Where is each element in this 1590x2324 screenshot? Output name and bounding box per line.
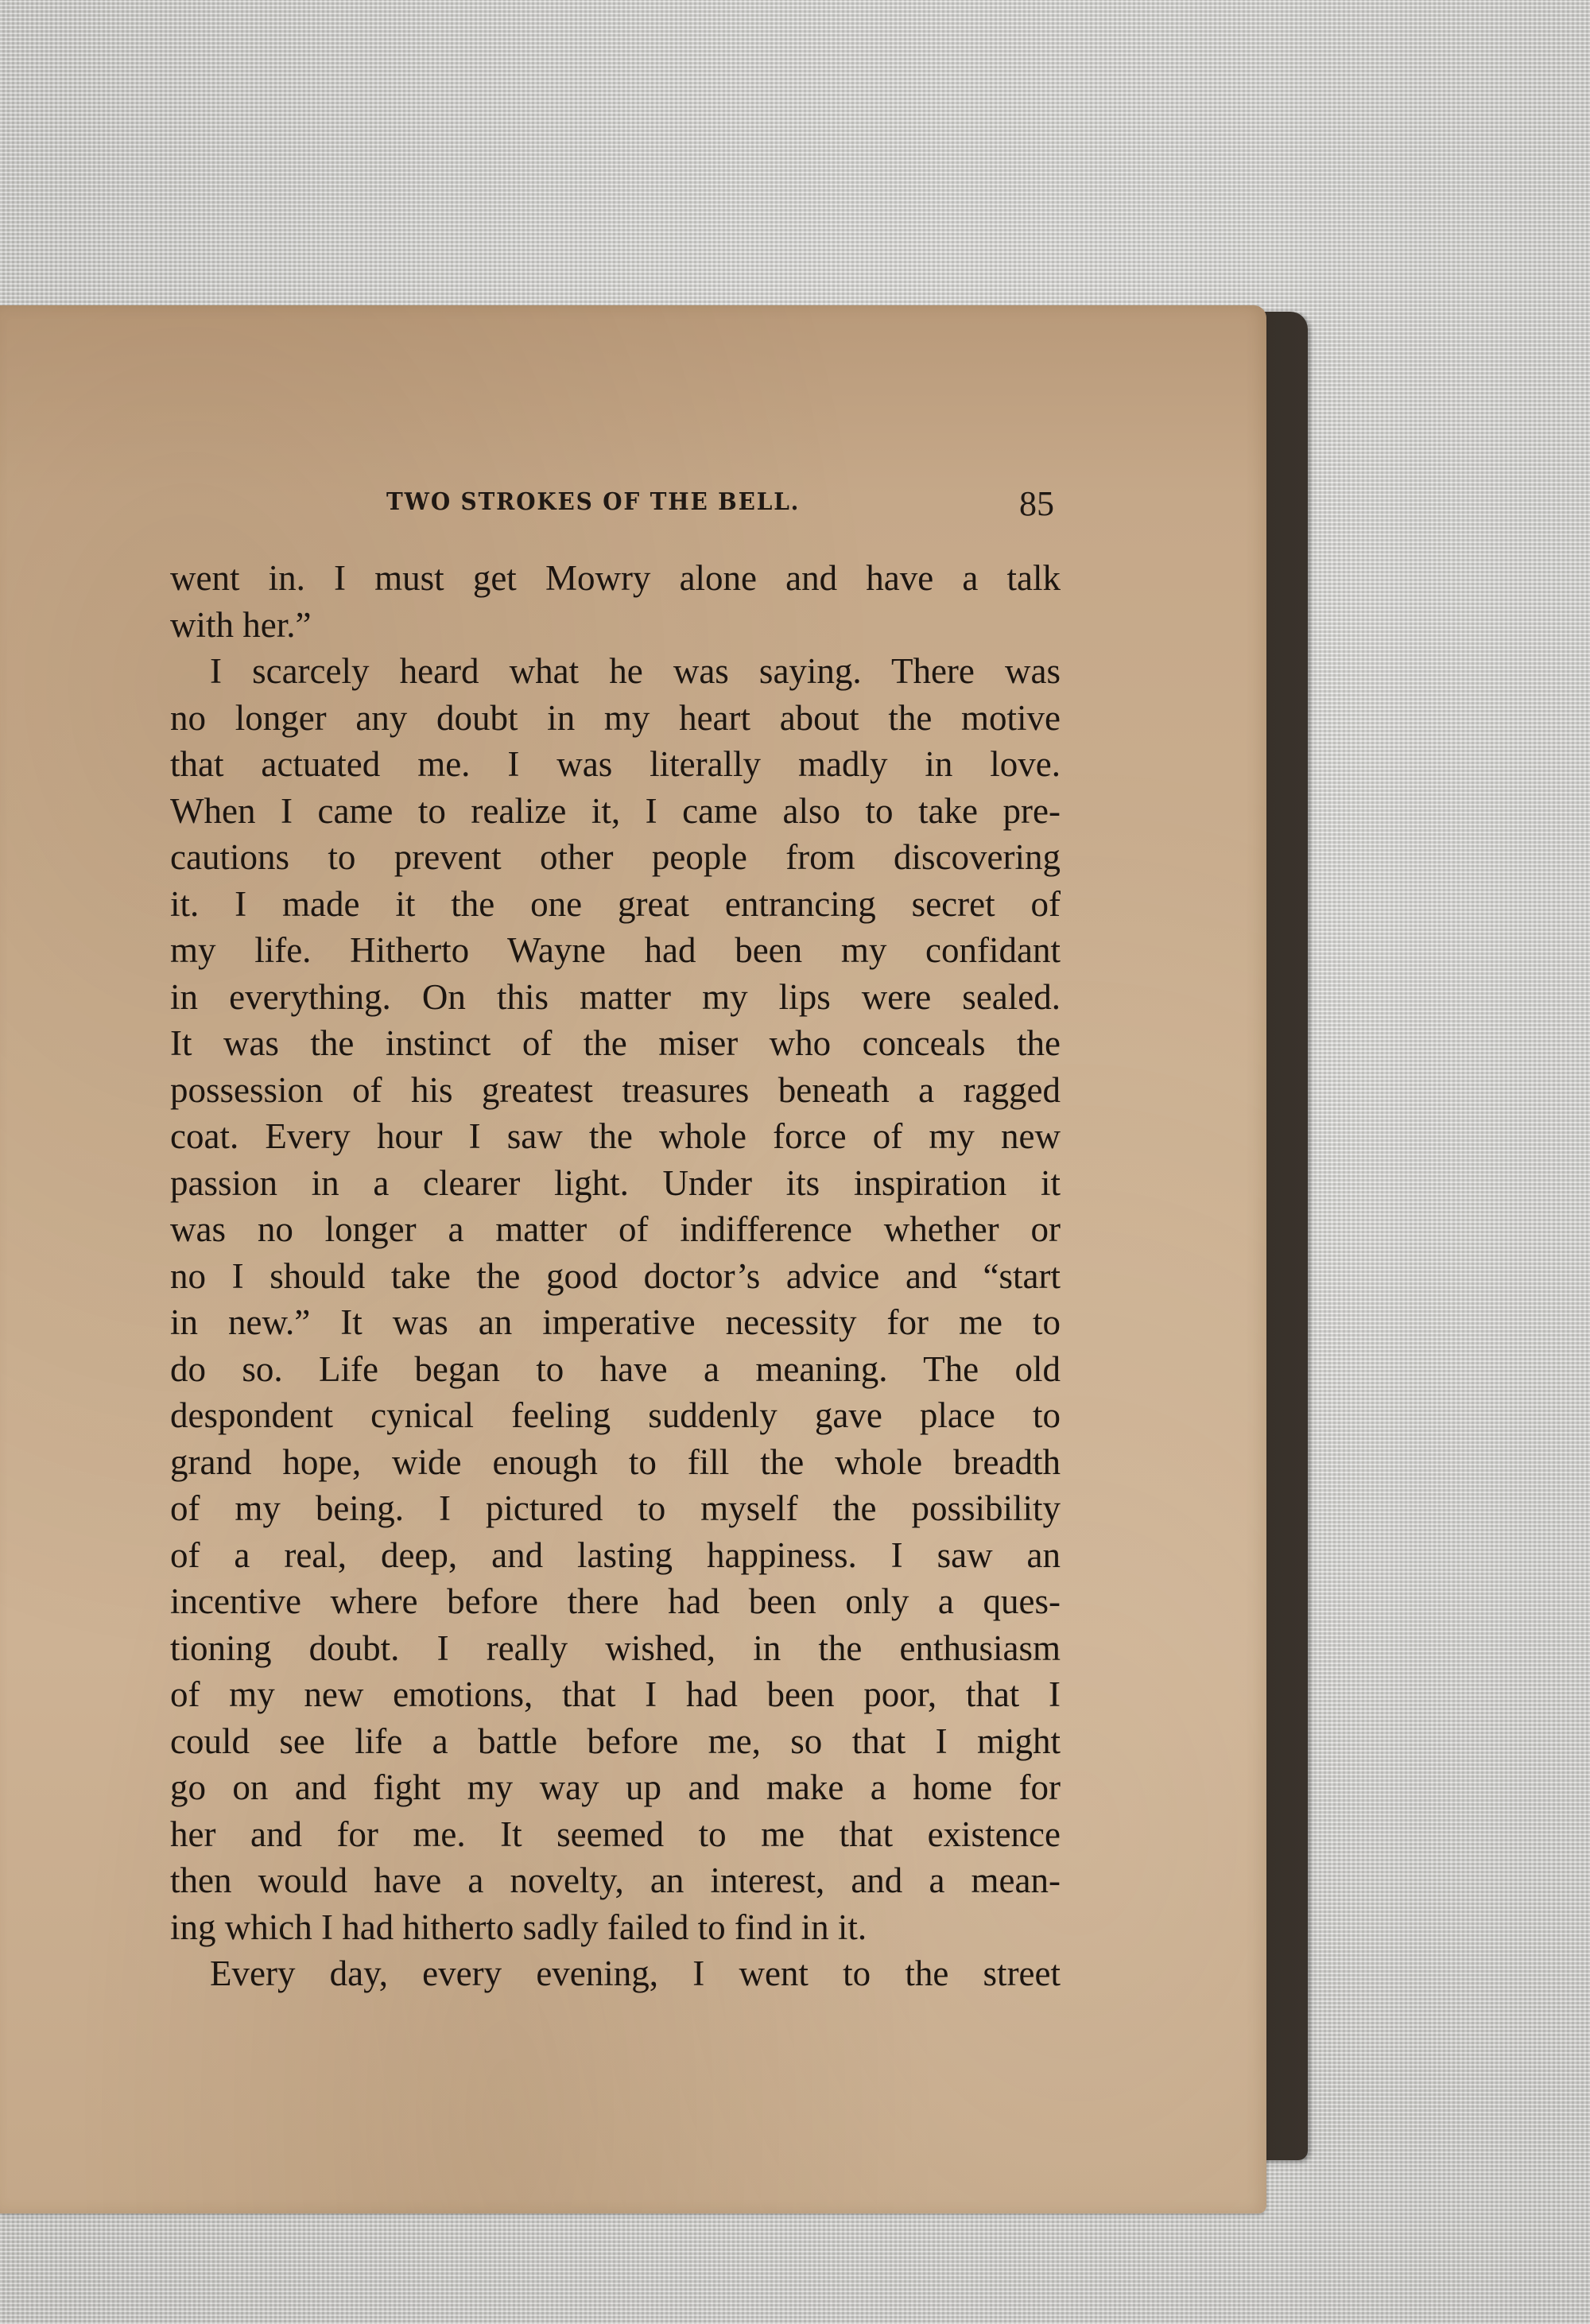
- page-number: 85: [1019, 483, 1054, 524]
- text-line: it. I made it the one great entrancing s…: [170, 881, 1061, 928]
- text-line: go on and fight my way up and make a hom…: [170, 1764, 1061, 1811]
- text-line: of my new emotions, that I had been poor…: [170, 1671, 1061, 1718]
- text-line: then would have a novelty, an interest, …: [170, 1857, 1061, 1904]
- text-line: incentive where before there had been on…: [170, 1578, 1061, 1625]
- text-line: no I should take the good doctor’s advic…: [170, 1253, 1061, 1300]
- text-line: that actuated me. I was literally madly …: [170, 741, 1061, 788]
- text-line: went in. I must get Mowry alone and have…: [170, 555, 1061, 602]
- body-text: went in. I must get Mowry alone and have…: [170, 555, 1061, 1997]
- text-line: my life. Hitherto Wayne had been my conf…: [170, 927, 1061, 974]
- text-line-paragraph-start: I scarcely heard what he was saying. The…: [170, 648, 1061, 695]
- text-line: grand hope, wide enough to fill the whol…: [170, 1439, 1061, 1486]
- text-line-paragraph-start: Every day, every evening, I went to the …: [170, 1950, 1061, 1997]
- text-line: was no longer a matter of indifference w…: [170, 1206, 1061, 1253]
- text-line: coat. Every hour I saw the whole force o…: [170, 1113, 1061, 1160]
- text-line: with her.”: [170, 602, 1061, 649]
- text-line: of my being. I pictured to myself the po…: [170, 1485, 1061, 1532]
- text-line: tioning doubt. I really wished, in the e…: [170, 1625, 1061, 1672]
- running-head: TWO STROKES OF THE BELL. 85: [386, 483, 1054, 523]
- text-line: in new.” It was an imperative necessity …: [170, 1299, 1061, 1346]
- text-line: It was the instinct of the miser who con…: [170, 1020, 1061, 1067]
- running-head-title: TWO STROKES OF THE BELL.: [386, 488, 800, 516]
- text-line: ing which I had hitherto sadly failed to…: [170, 1904, 1061, 1951]
- text-line: do so. Life began to have a meaning. The…: [170, 1346, 1061, 1393]
- text-line: cautions to prevent other people from di…: [170, 834, 1061, 881]
- text-line: of a real, deep, and lasting happiness. …: [170, 1532, 1061, 1579]
- text-line: When I came to realize it, I came also t…: [170, 788, 1061, 835]
- text-line: could see life a battle before me, so th…: [170, 1718, 1061, 1765]
- text-line: passion in a clearer light. Under its in…: [170, 1160, 1061, 1207]
- text-line: in everything. On this matter my lips we…: [170, 974, 1061, 1021]
- text-line: possession of his greatest treasures ben…: [170, 1067, 1061, 1114]
- text-line: no longer any doubt in my heart about th…: [170, 695, 1061, 742]
- text-line: despondent cynical feeling suddenly gave…: [170, 1392, 1061, 1439]
- text-line: her and for me. It seemed to me that exi…: [170, 1811, 1061, 1858]
